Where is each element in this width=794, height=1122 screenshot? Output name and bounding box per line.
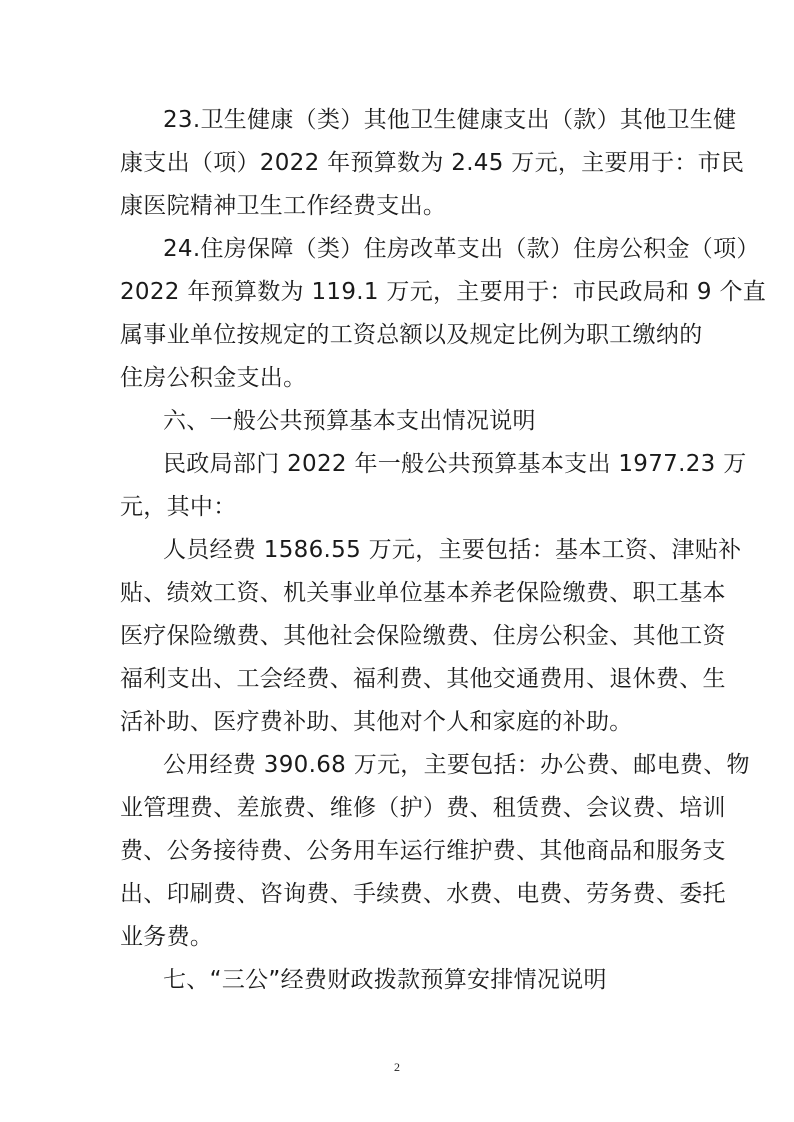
public-expenses-line-4: 出、印刷费、咨询费、手续费、水费、电费、劳务费、委托 bbox=[120, 879, 680, 909]
public-expenses-line-2: 业管理费、差旅费、维修（护）费、租赁费、会议费、培训 bbox=[120, 793, 680, 823]
paragraph-item-24-line-3: 属事业单位按规定的工资总额以及规定比例为职工缴纳的 bbox=[120, 320, 680, 350]
section-6-heading: 六、一般公共预算基本支出情况说明 bbox=[163, 406, 723, 436]
paragraph-item-24-line-1: 24.住房保障（类）住房改革支出（款）住房公积金（项） bbox=[163, 234, 723, 264]
personnel-expenses-line-1: 人员经费 1586.55 万元，主要包括：基本工资、津贴补 bbox=[163, 535, 723, 565]
paragraph-item-23-line-2: 康支出（项）2022 年预算数为 2.45 万元，主要用于：市民 bbox=[120, 148, 680, 178]
basic-expenditure-line-2: 元，其中： bbox=[120, 492, 680, 522]
public-expenses-line-1: 公用经费 390.68 万元，主要包括：办公费、邮电费、物 bbox=[163, 750, 723, 780]
basic-expenditure-line-1: 民政局部门 2022 年一般公共预算基本支出 1977.23 万 bbox=[163, 449, 723, 479]
paragraph-item-23-line-3: 康医院精神卫生工作经费支出。 bbox=[120, 191, 680, 221]
paragraph-item-24-line-4: 住房公积金支出。 bbox=[120, 363, 680, 393]
paragraph-item-24-line-2: 2022 年预算数为 119.1 万元，主要用于：市民政局和 9 个直 bbox=[120, 277, 680, 307]
public-expenses-line-5: 业务费。 bbox=[120, 922, 680, 952]
section-7-heading: 七、“三公”经费财政拨款预算安排情况说明 bbox=[163, 965, 723, 995]
paragraph-item-23-line-1: 23.卫生健康（类）其他卫生健康支出（款）其他卫生健 bbox=[163, 105, 723, 135]
public-expenses-line-3: 费、公务接待费、公务用车运行维护费、其他商品和服务支 bbox=[120, 836, 680, 866]
personnel-expenses-line-3: 医疗保险缴费、其他社会保险缴费、住房公积金、其他工资 bbox=[120, 621, 680, 651]
personnel-expenses-line-2: 贴、绩效工资、机关事业单位基本养老保险缴费、职工基本 bbox=[120, 578, 680, 608]
personnel-expenses-line-4: 福利支出、工会经费、福利费、其他交通费用、退休费、生 bbox=[120, 664, 680, 694]
page-number: 2 bbox=[0, 1060, 794, 1075]
document-page: 23.卫生健康（类）其他卫生健康支出（款）其他卫生健 康支出（项）2022 年预… bbox=[0, 0, 794, 1122]
personnel-expenses-line-5: 活补助、医疗费补助、其他对个人和家庭的补助。 bbox=[120, 707, 680, 737]
